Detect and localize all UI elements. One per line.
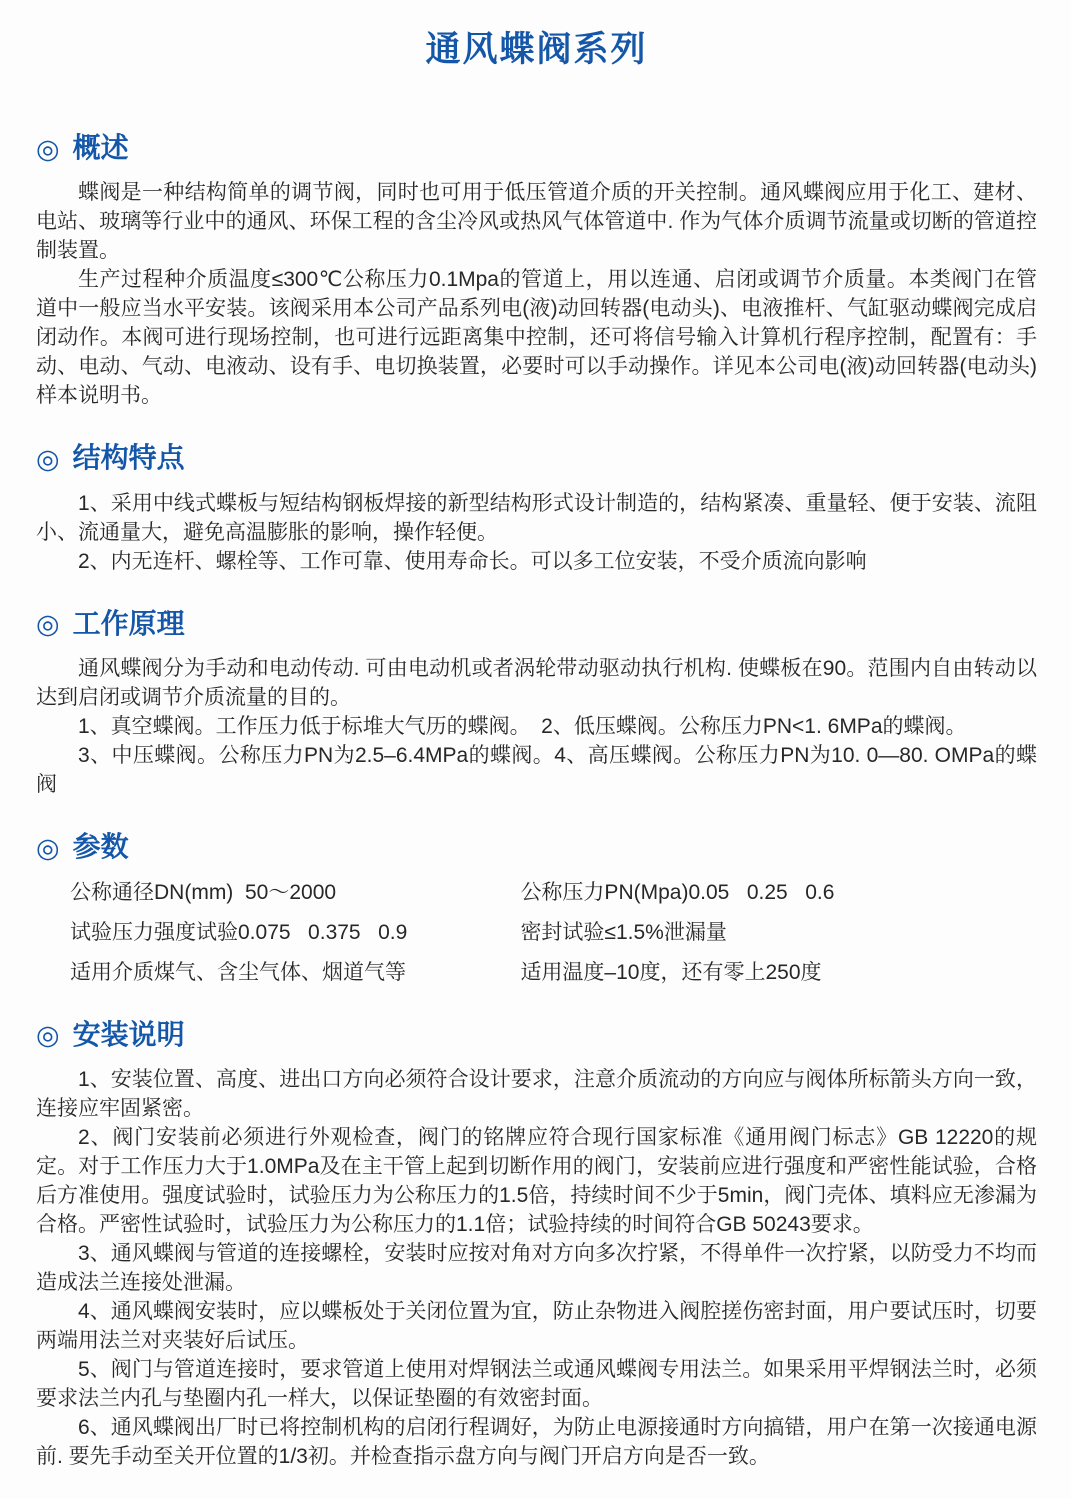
features-heading-text: 结构特点 — [73, 440, 185, 476]
bullseye-bullet-icon: ◎ — [36, 835, 60, 862]
features-heading: ◎ 结构特点 — [36, 440, 1037, 476]
bullseye-bullet-icon: ◎ — [36, 1022, 60, 1049]
principle-item: 3、中压蝶阀。公称压力PN为2.5–6.4MPa的蝶阀。4、高压蝶阀。公称压力P… — [36, 741, 1037, 799]
section-overview: ◎ 概述 蝶阀是一种结构简单的调节阀，同时也可用于低压管道介质的开关控制。通风蝶… — [36, 130, 1037, 410]
section-features: ◎ 结构特点 1、采用中线式蝶板与短结构钢板焊接的新型结构形式设计制造的，结构紧… — [36, 440, 1037, 575]
section-principle: ◎ 工作原理 通风蝶阀分为手动和电动传动. 可由电动机或者涡轮带动驱动执行机构.… — [36, 606, 1037, 799]
page-title: 通风蝶阀系列 — [36, 22, 1037, 72]
bullseye-bullet-icon: ◎ — [36, 611, 60, 638]
installation-item: 5、阀门与管道连接时，要求管道上使用对焊钢法兰或通风蝶阀专用法兰。如果采用平焊钢… — [36, 1355, 1037, 1413]
principle-item: 1、真空蝶阀。工作压力低于标堆大气历的蝶阀。 2、低压蝶阀。公称压力PN<1. … — [36, 712, 1037, 741]
features-item: 1、采用中线式蝶板与短结构钢板焊接的新型结构形式设计制造的，结构紧凑、重量轻、便… — [36, 489, 1037, 547]
document-page: 通风蝶阀系列 ◎ 概述 蝶阀是一种结构简单的调节阀，同时也可用于低压管道介质的开… — [0, 0, 1071, 1499]
installation-heading-text: 安装说明 — [73, 1017, 185, 1053]
installation-item: 2、阀门安装前必须进行外观检查，阀门的铭牌应符合现行国家标准《通用阀门标志》GB… — [36, 1123, 1037, 1239]
features-item: 2、内无连杆、螺栓等、工作可靠、使用寿命长。可以多工位安装，不受介质流向影响 — [36, 547, 1037, 576]
parameters-heading: ◎ 参数 — [36, 829, 1037, 865]
installation-heading: ◎ 安装说明 — [36, 1017, 1037, 1053]
section-parameters: ◎ 参数 公称通径DN(mm) 50～2000 试验压力强度试验0.075 0.… — [36, 829, 1037, 986]
section-installation: ◎ 安装说明 1、安装位置、高度、进出口方向必须符合设计要求，注意介质流动的方向… — [36, 1017, 1037, 1471]
parameter-line: 适用温度–10度，还有零上250度 — [520, 958, 1037, 987]
parameter-line: 公称通径DN(mm) 50～2000 — [70, 878, 520, 907]
overview-paragraph: 生产过程种介质温度≤300℃公称压力0.1Mpa的管道上，用以连通、启闭或调节介… — [36, 265, 1037, 410]
overview-heading-text: 概述 — [73, 130, 129, 166]
parameters-right-column: 公称压力PN(Mpa)0.05 0.25 0.6 密封试验≤1.5%泄漏量 适用… — [520, 878, 1037, 987]
installation-item: 4、通风蝶阀安装时，应以蝶板处于关闭位置为宜，防止杂物进入阀腔搓伤密封面，用户要… — [36, 1297, 1037, 1355]
parameter-line: 密封试验≤1.5%泄漏量 — [520, 918, 1037, 947]
overview-heading: ◎ 概述 — [36, 130, 1037, 166]
bullseye-bullet-icon: ◎ — [36, 136, 60, 163]
installation-item: 1、安装位置、高度、进出口方向必须符合设计要求，注意介质流动的方向应与阀体所标箭… — [36, 1065, 1037, 1123]
parameter-line: 适用介质煤气、含尘气体、烟道气等 — [70, 958, 520, 987]
installation-item: 3、通风蝶阀与管道的连接螺栓，安装时应按对角对方向多次拧紧，不得单件一次拧紧，以… — [36, 1239, 1037, 1297]
parameters-heading-text: 参数 — [73, 829, 129, 865]
principle-paragraph: 通风蝶阀分为手动和电动传动. 可由电动机或者涡轮带动驱动执行机构. 使蝶板在90… — [36, 654, 1037, 712]
parameter-line: 公称压力PN(Mpa)0.05 0.25 0.6 — [520, 878, 1037, 907]
parameters-grid: 公称通径DN(mm) 50～2000 试验压力强度试验0.075 0.375 0… — [36, 878, 1037, 987]
bullseye-bullet-icon: ◎ — [36, 446, 60, 473]
overview-paragraph: 蝶阀是一种结构简单的调节阀，同时也可用于低压管道介质的开关控制。通风蝶阀应用于化… — [36, 178, 1037, 265]
principle-heading-text: 工作原理 — [73, 606, 185, 642]
principle-heading: ◎ 工作原理 — [36, 606, 1037, 642]
parameters-left-column: 公称通径DN(mm) 50～2000 试验压力强度试验0.075 0.375 0… — [36, 878, 520, 987]
installation-item: 6、通风蝶阀出厂时已将控制机构的启闭行程调好，为防止电源接通时方向搞错，用户在第… — [36, 1413, 1037, 1471]
parameter-line: 试验压力强度试验0.075 0.375 0.9 — [70, 918, 520, 947]
